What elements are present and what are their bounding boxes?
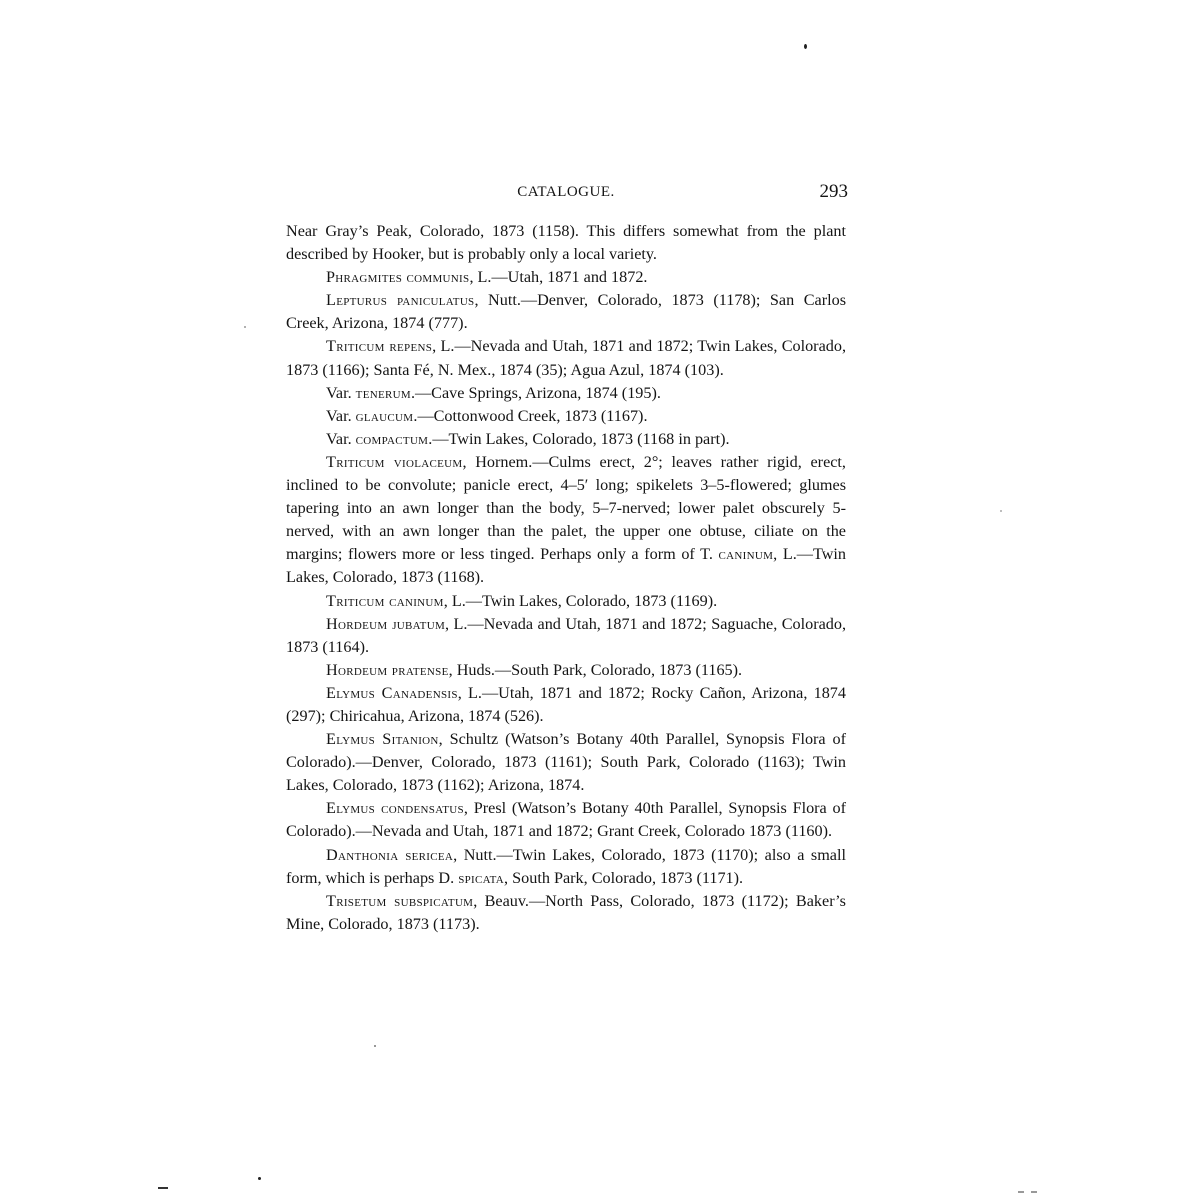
catalogue-entry: Triticum repens, L.—Nevada and Utah, 187…	[286, 335, 846, 381]
running-title: CATALOGUE.	[286, 184, 846, 201]
catalogue-entry: Lepturus paniculatus, Nutt.—Denver, Colo…	[286, 289, 846, 335]
page-number: 293	[820, 181, 849, 203]
scan-mark	[158, 1187, 168, 1189]
scan-mark	[1018, 1191, 1024, 1193]
species-name: Elymus condensatus	[326, 799, 464, 817]
species-name: compactum	[356, 430, 429, 448]
catalogue-entry: Hordeum pratense, Huds.—South Park, Colo…	[286, 659, 846, 682]
species-name: caninum	[719, 545, 774, 563]
catalogue-entry: Near Gray’s Peak, Colorado, 1873 (1158).…	[286, 220, 846, 266]
catalogue-entry: Elymus Canadensis, L.—Utah, 1871 and 187…	[286, 682, 846, 728]
entry-text: , Huds.—South Park, Colorado, 1873 (1165…	[449, 661, 742, 679]
entry-text: Var.	[326, 384, 356, 402]
catalogue-entry: Phragmites communis, L.—Utah, 1871 and 1…	[286, 266, 846, 289]
catalogue-entry: Elymus Sitanion, Schultz (Watson’s Botan…	[286, 728, 846, 797]
species-name: Phragmites communis	[326, 268, 469, 286]
scan-speck	[804, 44, 807, 49]
species-name: Danthonia sericea	[326, 846, 453, 864]
running-head: CATALOGUE. 293	[286, 182, 846, 208]
scan-mark	[1031, 1191, 1037, 1193]
species-name: Elymus Canadensis	[326, 684, 458, 702]
catalogue-entry: Triticum caninum, L.—Twin Lakes, Colorad…	[286, 590, 846, 613]
entry-text: Near Gray’s Peak, Colorado, 1873 (1158).…	[286, 222, 846, 263]
species-name: Triticum caninum	[326, 592, 444, 610]
book-page: CATALOGUE. 293 Near Gray’s Peak, Colorad…	[286, 182, 846, 936]
entry-text: .—Cave Springs, Arizona, 1874 (195).	[411, 384, 661, 402]
entry-text: .—Cottonwood Creek, 1873 (1167).	[413, 407, 647, 425]
catalogue-body-text: Near Gray’s Peak, Colorado, 1873 (1158).…	[286, 220, 846, 936]
species-name: tenerum	[356, 384, 411, 402]
species-name: Lepturus paniculatus	[326, 291, 474, 309]
species-name: Triticum repens	[326, 337, 432, 355]
species-name: Elymus Sitanion	[326, 730, 439, 748]
catalogue-entry: Var. compactum.—Twin Lakes, Colorado, 18…	[286, 428, 846, 451]
entry-text: Var.	[326, 407, 356, 425]
species-name: Hordeum pratense	[326, 661, 449, 679]
species-name: glaucum	[356, 407, 414, 425]
catalogue-entry: Danthonia sericea, Nutt.—Twin Lakes, Col…	[286, 844, 846, 890]
catalogue-entry: Trisetum subspicatum, Beauv.—North Pass,…	[286, 890, 846, 936]
entry-text: , L.—Twin Lakes, Colorado, 1873 (1169).	[444, 592, 717, 610]
scan-speck	[374, 1045, 376, 1047]
species-name: Trisetum subspicatum	[326, 892, 473, 910]
entry-text: Var.	[326, 430, 356, 448]
species-name: Hordeum jubatum	[326, 615, 445, 633]
catalogue-entry: Var. glaucum.—Cottonwood Creek, 1873 (11…	[286, 405, 846, 428]
species-name: Triticum violaceum	[326, 453, 462, 471]
catalogue-entry: Hordeum jubatum, L.—Nevada and Utah, 187…	[286, 613, 846, 659]
scan-speck	[1000, 510, 1002, 512]
scan-speck	[244, 326, 246, 328]
entry-text: .—Twin Lakes, Colorado, 1873 (1168 in pa…	[428, 430, 729, 448]
catalogue-entry: Var. tenerum.—Cave Springs, Arizona, 187…	[286, 382, 846, 405]
catalogue-entry: Elymus condensatus, Presl (Watson’s Bota…	[286, 797, 846, 843]
species-name: spicata	[458, 869, 504, 887]
catalogue-entry: Triticum violaceum, Hornem.—Culms erect,…	[286, 451, 846, 590]
scan-speck	[258, 1177, 261, 1180]
entry-text: , South Park, Colorado, 1873 (1171).	[504, 869, 743, 887]
entry-text: , L.—Utah, 1871 and 1872.	[469, 268, 647, 286]
